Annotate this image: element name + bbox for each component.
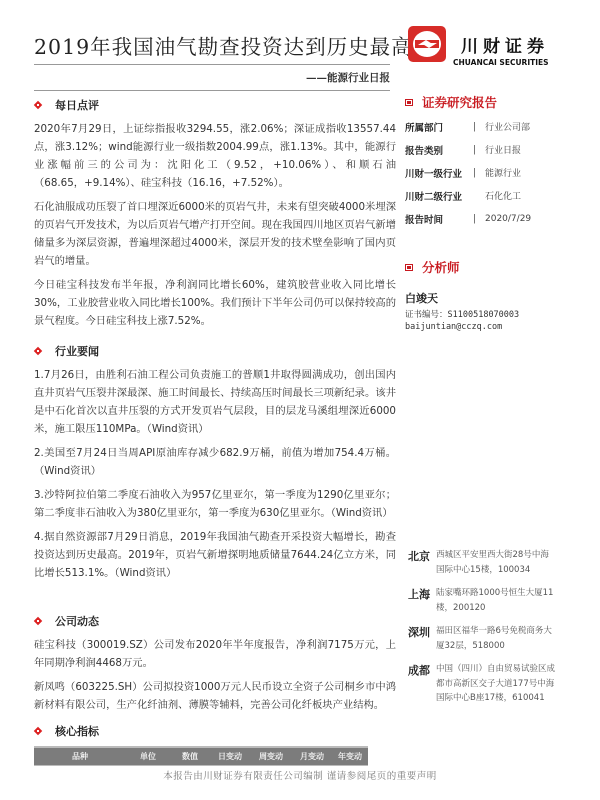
diamond-bullet-icon: [34, 617, 43, 626]
diamond-bullet-icon: [34, 347, 43, 356]
analyst-name: 白竣天: [405, 290, 595, 306]
analyst-panel: 分析师 白竣天 证书编号：S1100518070003 baijuntian@c…: [405, 258, 595, 332]
section-heading-label: 核心指标: [55, 723, 99, 739]
paragraph: 石化油服成功压裂了首口埋深近6000米的页岩气井，未来有望突破4000米埋深的页…: [34, 198, 396, 270]
info-row-level1-industry: 川财一级行业 | 能源行业: [405, 161, 595, 184]
info-value: 行业公司部: [485, 120, 530, 133]
info-row-report-type: 报告类别 | 行业日报: [405, 138, 595, 161]
section-heading: 行业要闻: [34, 342, 396, 360]
section-company-news: 公司动态 硅宝科技（300019.SZ）公司发布2020年半年度报告，净利润71…: [34, 612, 396, 720]
news-item: 2.美国至7月24日当周API原油库存减少682.9万桶，前值为增加754.4万…: [34, 444, 396, 480]
paragraph: 硅宝科技（300019.SZ）公司发布2020年半年度报告，净利润7175万元，…: [34, 636, 396, 672]
section-core-indicators: 核心指标 品种 单位 数值 日变动 周变动 月变动 年变动: [34, 722, 396, 766]
report-info-panel: 证券研究报告 所属部门 | 行业公司部 报告类别 | 行业日报 川财一级行业 |…: [405, 93, 595, 230]
subtitle-divider: [34, 90, 390, 91]
column-header: 单位: [126, 747, 170, 766]
office-chengdu: 成都 中国（四川）自由贸易试验区成都市高新区交子大道177号中海国际中心B座17…: [408, 662, 598, 706]
info-row-report-date: 报告时间 | 2020/7/29: [405, 207, 595, 230]
page-footer-disclaimer: 本报告由川财证券有限责任公司编制 谨请参阅尾页的重要声明: [0, 768, 600, 782]
section-industry-news: 行业要闻 1.7月26日，由胜利石油工程公司负责施工的普顺1井取得圆满成功，创出…: [34, 342, 396, 588]
office-city: 北京: [408, 548, 436, 577]
analyst-email[interactable]: baijuntian@cczq.com: [405, 322, 595, 332]
office-address: 西城区平安里西大街28号中海国际中心15楼，100034: [436, 548, 556, 577]
paragraph: 新凤鸣（603225.SH）公司拟投资1000万元人民币设立全资子公司桐乡市中鸿…: [34, 678, 396, 714]
analyst-heading: 分析师: [405, 258, 595, 276]
logo-name-cn: 川财证券: [461, 32, 549, 57]
logo-name-en: CHUANCAI SECURITIES: [453, 58, 549, 67]
office-beijing: 北京 西城区平安里西大街28号中海国际中心15楼，100034: [408, 548, 598, 577]
column-header: 日变动: [210, 747, 250, 766]
info-value: 行业日报: [485, 143, 521, 156]
news-item: 1.7月26日，由胜利石油工程公司负责施工的普顺1井取得圆满成功，创出国内直井页…: [34, 366, 396, 438]
section-daily-review: 每日点评 2020年7月29日，上证综指报收3294.55，涨2.06%；深证成…: [34, 96, 396, 336]
info-value: 石化化工: [485, 189, 521, 202]
paragraph: 2020年7月29日，上证综指报收3294.55，涨2.06%；深证成指收135…: [34, 120, 396, 192]
diamond-bullet-icon: [34, 101, 43, 110]
report-title: 2019年我国油气勘查投资达到历史最高: [34, 30, 413, 60]
office-city: 上海: [408, 586, 436, 615]
chuancai-logo-icon: [408, 26, 446, 62]
office-shenzhen: 深圳 福田区福华一路6号免税商务大厦32层，518000: [408, 624, 598, 653]
company-logo: 川财证券 CHUANCAI SECURITIES: [405, 26, 585, 66]
info-row-level2-industry: 川财二级行业 石化化工: [405, 184, 595, 207]
report-subtitle: ——能源行业日报: [290, 70, 390, 85]
office-addresses: 北京 西城区平安里西大街28号中海国际中心15楼，100034 上海 陆家嘴环路…: [408, 548, 598, 715]
report-info-heading: 证券研究报告: [405, 93, 595, 111]
info-label: 报告时间: [405, 212, 473, 226]
section-heading: 核心指标: [34, 722, 396, 740]
column-header: 周变动: [250, 747, 292, 766]
table-header-row: 品种 单位 数值 日变动 周变动 月变动 年变动: [34, 747, 368, 766]
info-label: 报告类别: [405, 143, 473, 157]
report-info-heading-label: 证券研究报告: [422, 93, 497, 111]
office-shanghai: 上海 陆家嘴环路1000号恒生大厦11楼，200120: [408, 586, 598, 615]
info-label: 所属部门: [405, 120, 473, 134]
core-indicators-table: 品种 单位 数值 日变动 周变动 月变动 年变动: [34, 746, 368, 766]
title-divider: [34, 64, 390, 65]
square-bullet-icon: [405, 99, 413, 106]
analyst-cert: 证书编号：S1100518070003: [405, 308, 595, 320]
info-separator: |: [473, 145, 485, 155]
info-separator: |: [473, 168, 485, 178]
news-item: 4.据自然资源部7月29日消息，2019年我国油气勘查开采投资大幅增长，勘查投资…: [34, 528, 396, 582]
column-header: 数值: [170, 747, 210, 766]
column-header: 品种: [34, 747, 126, 766]
office-address: 陆家嘴环路1000号恒生大厦11楼，200120: [436, 586, 556, 615]
section-heading: 每日点评: [34, 96, 396, 114]
analyst-heading-label: 分析师: [422, 258, 460, 276]
info-label: 川财二级行业: [405, 189, 473, 203]
info-value: 能源行业: [485, 166, 521, 179]
square-bullet-icon: [405, 264, 413, 271]
office-address: 福田区福华一路6号免税商务大厦32层，518000: [436, 624, 556, 653]
diamond-bullet-icon: [34, 727, 43, 736]
office-city: 成都: [408, 662, 436, 706]
section-heading: 公司动态: [34, 612, 396, 630]
column-header: 年变动: [332, 747, 368, 766]
column-header: 月变动: [292, 747, 332, 766]
info-label: 川财一级行业: [405, 166, 473, 180]
news-item: 3.沙特阿拉伯第二季度石油收入为957亿里亚尔，第一季度为1290亿里亚尔；第二…: [34, 486, 396, 522]
info-separator: |: [473, 214, 485, 224]
office-city: 深圳: [408, 624, 436, 653]
section-heading-label: 行业要闻: [55, 343, 99, 359]
info-row-department: 所属部门 | 行业公司部: [405, 115, 595, 138]
section-heading-label: 每日点评: [55, 97, 99, 113]
info-separator: |: [473, 122, 485, 132]
office-address: 中国（四川）自由贸易试验区成都市高新区交子大道177号中海国际中心B座17楼，6…: [436, 662, 556, 706]
info-value: 2020/7/29: [485, 214, 531, 224]
section-heading-label: 公司动态: [55, 613, 99, 629]
paragraph: 今日硅宝科技发布半年报，净利润同比增长60%，建筑胶营业收入同比增长30%，工业…: [34, 276, 396, 330]
